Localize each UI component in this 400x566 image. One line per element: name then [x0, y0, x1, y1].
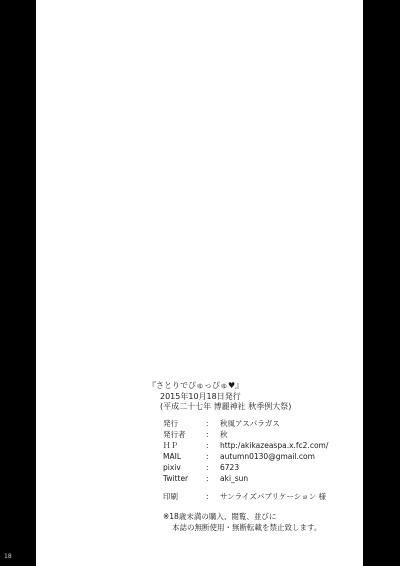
colophon-row-pixiv: pixiv:6723 [163, 463, 239, 473]
book-title: 『さとりでぴゅっぴゅ♥』 [148, 381, 243, 391]
row-value: aki_sun [220, 474, 248, 483]
row-separator: : [206, 463, 220, 473]
colophon-row-issuer: 発行者:秋 [163, 430, 228, 440]
row-label: 発行 [163, 419, 206, 429]
event-name: (平成二十七年 博麗神社 秋季例大祭) [160, 402, 291, 412]
colophon-row-mail: MAIL:autumn0130@gmail.com [163, 452, 315, 462]
row-separator: : [206, 492, 220, 502]
row-separator: : [206, 430, 220, 440]
row-separator: : [206, 419, 220, 429]
row-value: autumn0130@gmail.com [220, 452, 315, 461]
row-separator: : [206, 474, 220, 484]
colophon-row-printer: 印刷:サンライズパブリケーション 様 [163, 492, 326, 502]
row-label: 発行者 [163, 430, 206, 440]
page-number: 18 [4, 553, 12, 560]
row-value: http:/akikazeaspa.x.fc2.com/ [220, 441, 328, 450]
colophon-row-twitter: Twitter:aki_sun [163, 474, 248, 484]
row-label: 印刷 [163, 492, 206, 502]
age-notice-line1: ※18歳未満の購入、閲覧、並びに [163, 512, 276, 522]
row-label: MAIL [163, 452, 206, 462]
row-separator: : [206, 452, 220, 462]
row-value: 秋 [220, 430, 228, 439]
row-value: 秋風アスパラガス [220, 419, 280, 428]
row-label: ＨＰ [163, 441, 206, 451]
left-black-margin [0, 0, 36, 566]
colophon-row-publisher: 発行:秋風アスパラガス [163, 419, 280, 429]
row-value: サンライズパブリケーション 様 [220, 492, 326, 501]
row-separator: : [206, 441, 220, 451]
row-label: Twitter [163, 474, 206, 484]
row-label: pixiv [163, 463, 206, 473]
publish-date: 2015年10月18日発行 [160, 392, 241, 402]
row-value: 6723 [220, 463, 239, 472]
age-notice-line2: 本誌の無断使用・無断転載を禁止致します。 [172, 523, 321, 533]
colophon-row-homepage: ＨＰ:http:/akikazeaspa.x.fc2.com/ [163, 441, 328, 451]
right-black-margin [363, 0, 400, 566]
